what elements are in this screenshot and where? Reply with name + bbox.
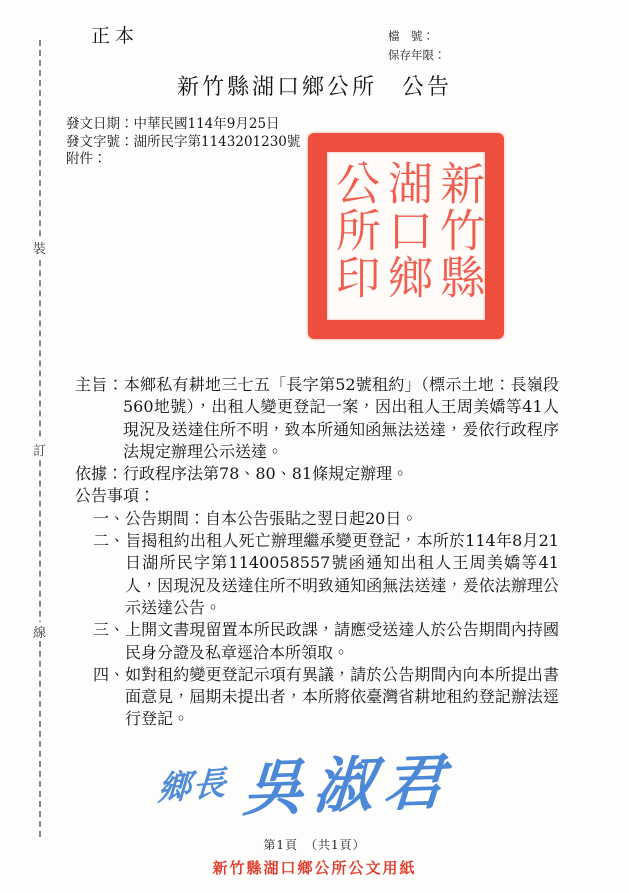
subject-text: 本鄉私有耕地三七五「長字第52號租約」（標示土地：長嶺段560地號），出租人變更… <box>123 375 559 461</box>
official-red-seal: 新竹縣湖口鄉公所印 <box>308 133 504 339</box>
announcement-item-2: 二、旨揭租約出租人死亡辦理繼承變更登記，本所於114年8月21日湖所民字第114… <box>93 530 559 619</box>
file-number-block: 檔 號： 保存年限： <box>388 27 446 65</box>
subject-paragraph: 主旨：本鄉私有耕地三七五「長字第52號租約」（標示土地：長嶺段560地號），出租… <box>75 374 559 463</box>
items-heading: 公告事項： <box>75 485 559 507</box>
basis-text: 行政程序法第78、80、81條規定辦理。 <box>123 464 408 483</box>
mayor-title: 鄉長 <box>157 757 229 810</box>
basis-paragraph: 依據：行政程序法第78、80、81條規定辦理。 <box>75 463 559 485</box>
item-1-marker: 一、 <box>93 508 125 530</box>
binding-dashed-line <box>39 40 41 837</box>
binding-label-ding: 訂 <box>31 440 48 459</box>
item-1-text: 公告期間：自本公告張貼之翌日起20日。 <box>125 509 417 528</box>
announcement-item-1: 一、公告期間：自本公告張貼之翌日起20日。 <box>93 508 559 530</box>
announcement-item-4: 四、如對租約變更登記示項有異議，請於公告期間內向本所提出書面意見，屆期未提出者，… <box>93 664 559 731</box>
issue-date: 發文日期：中華民國114年9月25日 <box>66 116 300 134</box>
binding-label-zhuang: 裝 <box>31 238 48 257</box>
item-2-text: 旨揭租約出租人死亡辦理繼承變更登記，本所於114年8月21日湖所民字第11400… <box>125 531 559 617</box>
announcement-body: 主旨：本鄉私有耕地三七五「長字第52號租約」（標示土地：長嶺段560地號），出租… <box>75 374 559 731</box>
file-number-label: 檔 號： <box>388 27 446 46</box>
item-4-text: 如對租約變更登記示項有異議，請於公告期間內向本所提出書面意見，屆期未提出者，本所… <box>125 665 559 729</box>
retention-period-label: 保存年限： <box>388 46 446 65</box>
doc-number: 發文字號：湖所民字第1143201230號 <box>66 134 300 152</box>
subject-label: 主旨： <box>75 375 124 394</box>
official-paper-footer: 新竹縣湖口鄉公所公文用紙 <box>0 857 629 878</box>
document-title: 新竹縣湖口鄉公所 公告 <box>0 70 629 101</box>
official-announcement-page: 裝 訂 線 正本 檔 號： 保存年限： 新竹縣湖口鄉公所 公告 發文日期：中華民… <box>0 0 629 893</box>
issue-metadata: 發文日期：中華民國114年9月25日 發文字號：湖所民字第1143201230號… <box>66 116 300 169</box>
copy-type-label: 正本 <box>91 21 139 48</box>
mayor-signature-stamp: 鄉長 吳淑君 <box>158 744 488 824</box>
seal-script-text: 新竹縣湖口鄉公所印 <box>328 160 484 312</box>
item-4-marker: 四、 <box>93 664 125 686</box>
announcement-item-3: 三、上開文書現留置本所民政課，請應受送達人於公告期間內持國民身分證及私章逕洽本所… <box>93 619 559 664</box>
item-3-marker: 三、 <box>93 619 125 641</box>
item-3-text: 上開文書現留置本所民政課，請應受送達人於公告期間內持國民身分證及私章逕洽本所領取… <box>125 620 559 661</box>
page-number: 第1頁 （共1頁） <box>0 836 629 853</box>
attachment-label: 附件： <box>66 151 300 169</box>
item-2-marker: 二、 <box>93 530 125 552</box>
basis-label: 依據： <box>75 464 123 483</box>
mayor-name-calligraphy: 吳淑君 <box>241 734 457 828</box>
binding-label-xian: 線 <box>31 622 48 641</box>
